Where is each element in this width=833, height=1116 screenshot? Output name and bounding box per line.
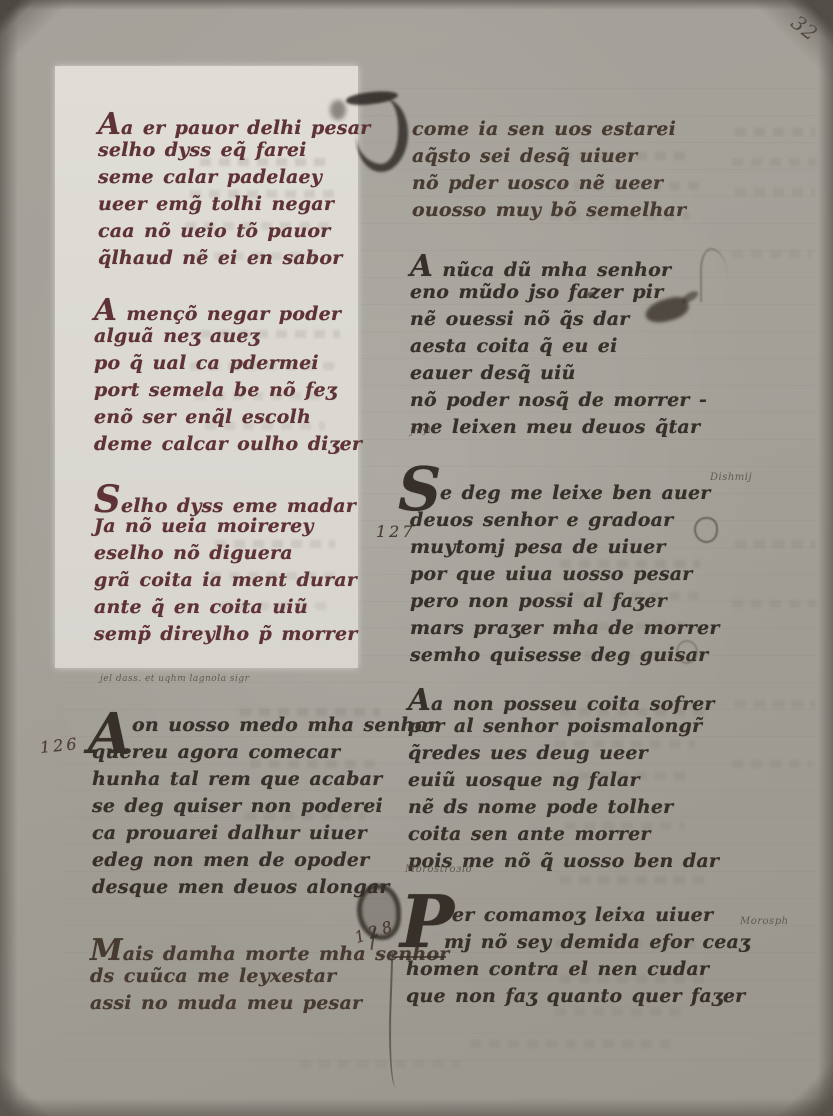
margin-note-moro: Morostroзio <box>405 864 472 875</box>
verse-line: er comamoʒ leixa uiuer <box>452 902 750 929</box>
stanza-right-4: Aa non posseu coita sofrerpor al senhor … <box>408 686 719 875</box>
page-edge-top <box>0 0 833 10</box>
verse-line: eselho nõ diguera <box>94 540 357 567</box>
page-corner-top-right <box>733 0 833 90</box>
folio-number: 32 <box>787 10 823 46</box>
verse-line: que non faʒ quanto quer faʒer <box>406 983 750 1010</box>
bleed-through-text <box>732 158 817 166</box>
verse-line: nẽ ouessi nõ q̃s dar <box>410 306 707 333</box>
verse-line: coita sen ante morrer <box>408 821 719 848</box>
verse-line: caa nõ ueio tõ pauor <box>98 218 370 245</box>
bleed-through-text <box>560 876 710 884</box>
stanza-left-3: Selho dyss eme madarJa nõ ueia moirereye… <box>94 486 357 648</box>
bleed-through-text <box>735 188 815 196</box>
bleed-through-text <box>735 540 815 548</box>
verse-line: Aa non posseu coita sofrer <box>408 686 719 713</box>
verse-line: e deg me leixe ben auer <box>440 480 720 507</box>
verse-line: deuos senhor e gradoar <box>410 507 720 534</box>
cantiga-number-126: 126 <box>39 734 80 757</box>
stanza-left-5: Mais damha morte mha senhords cuũca me l… <box>90 936 449 1017</box>
stanza-left-1: Aa er pauor delhi pesarselho dyss eq̃ fa… <box>98 110 370 272</box>
verse-line: ds cuũca me leyxestar <box>90 963 449 990</box>
verse-line: po q̃ ual ca pdermei <box>94 350 362 377</box>
verse-line: euiũ uosque ng falar <box>408 767 719 794</box>
verse-line: Aa er pauor delhi pesar <box>98 110 370 137</box>
verse-line: ca prouarei dalhur uiuer <box>92 820 438 847</box>
verse-line: por al senhor poismalongr̃ <box>408 713 719 740</box>
cantiga-number-127: 127 <box>376 522 416 541</box>
verse-line: mj nõ sey demida efor ceaʒ <box>444 929 750 956</box>
bleed-through-text <box>470 1040 670 1048</box>
page-edge-left <box>0 0 18 1116</box>
verse-line: Mais damha morte mha senhor <box>90 936 449 963</box>
verse-line: q̃redes ues deug ueer <box>408 740 719 767</box>
verse-line: homen contra el nen cudar <box>406 956 750 983</box>
verse-line: se deg quiser non poderei <box>92 793 438 820</box>
verse-line: Selho dyss eme madar <box>94 486 357 513</box>
verse-line: alguã neʒ aueʒ <box>94 323 362 350</box>
verse-line: seme calar padelaey <box>98 164 370 191</box>
verse-line: nẽ ds nome pode tolher <box>408 794 719 821</box>
margin-note-dis: Dishmij <box>710 472 752 483</box>
bleed-through-text <box>732 250 812 258</box>
margin-note-morosph: Morosph <box>740 916 789 927</box>
verse-line: on uosso medo mha senhor <box>132 712 438 739</box>
stanza-left-2: A mençõ negar poderalguã neʒ aueʒpo q̃ u… <box>94 296 362 458</box>
bleed-through-text <box>300 1060 460 1068</box>
verse-line: come ia sen uos estarei <box>412 116 686 143</box>
verse-line: q̃lhaud nẽ ei en sabor <box>98 245 370 272</box>
verse-line: enõ ser enq̃l escolh <box>94 404 362 431</box>
verse-line: eauer desq̃ uiũ <box>410 360 707 387</box>
verse-line: ante q̃ en coita uiũ <box>94 594 357 621</box>
page-corner-bottom-left <box>0 1066 60 1116</box>
page-corner-bottom-right <box>763 1056 833 1116</box>
bleed-through-text <box>732 760 812 768</box>
verse-line: port semela be nõ feʒ <box>94 377 362 404</box>
verse-line: pero non possi al faʒer <box>410 588 720 615</box>
verse-line: semho quisesse deg guisar <box>410 642 720 669</box>
verse-line: nõ pder uosco nẽ ueer <box>412 170 686 197</box>
bleed-through-text <box>735 128 815 136</box>
verse-line: muytomj pesa de uiuer <box>410 534 720 561</box>
verse-line: grã coita ia ment durar <box>94 567 357 594</box>
verse-line: aesta coita q̃ eu ei <box>410 333 707 360</box>
verse-line: ueer emg̃ tolhi negar <box>98 191 370 218</box>
stanza-right-1: come ia sen uos estareiaq̃sto sei desq̃ … <box>412 116 686 224</box>
manuscript-page: 32 Aa er pauor delhi pesarselho dyss eq̃… <box>0 0 833 1116</box>
verse-line: ouosso muy bõ semelhar <box>412 197 686 224</box>
verse-line: me leixen meu deuos q̃tar <box>410 414 707 441</box>
verse-line: A nũca dũ mha senhor <box>410 252 707 279</box>
verse-line: assi no muda meu pesar <box>90 990 449 1017</box>
verse-line: nõ poder nosq̃ de morrer - <box>410 387 707 414</box>
verse-line: hunha tal rem que acabar <box>92 766 438 793</box>
verse-line: edeg non men de opoder <box>92 847 438 874</box>
verse-line: mars praʒer mha de morrer <box>410 615 720 642</box>
verse-line: selho dyss eq̃ farei <box>98 137 370 164</box>
verse-line: quereu agora comecar <box>92 739 438 766</box>
page-edge-bottom <box>0 1098 833 1116</box>
verse-line: semp̃ direylho p̃ morrer <box>94 621 357 648</box>
stanza-left-4: on uosso medo mha senhorquereu agora com… <box>92 712 438 901</box>
verse-line: Ja nõ ueia moirerey <box>94 513 357 540</box>
verse-line: A mençõ negar poder <box>94 296 362 323</box>
scribal-note-left: jel dass. et uqhm lagnola sigr <box>100 674 249 684</box>
page-edge-right <box>818 0 833 1116</box>
stanza-right-2: A nũca dũ mha senhoreno mũdo jso fazer p… <box>410 252 707 441</box>
verse-line: aq̃sto sei desq̃ uiuer <box>412 143 686 170</box>
bleed-through-text <box>732 600 817 608</box>
verse-line: desque men deuos alongar <box>92 874 438 901</box>
verse-line: deme calcar oulho diʒer <box>94 431 362 458</box>
bleed-through-text <box>735 700 815 708</box>
stanza-right-3: e deg me leixe ben auerdeuos senhor e gr… <box>410 480 720 669</box>
stanza-right-5: er comamoʒ leixa uiuermj nõ sey demida e… <box>406 902 750 1010</box>
verse-line: por que uiua uosso pesar <box>410 561 720 588</box>
verse-line: eno mũdo jso fazer pir <box>410 279 707 306</box>
